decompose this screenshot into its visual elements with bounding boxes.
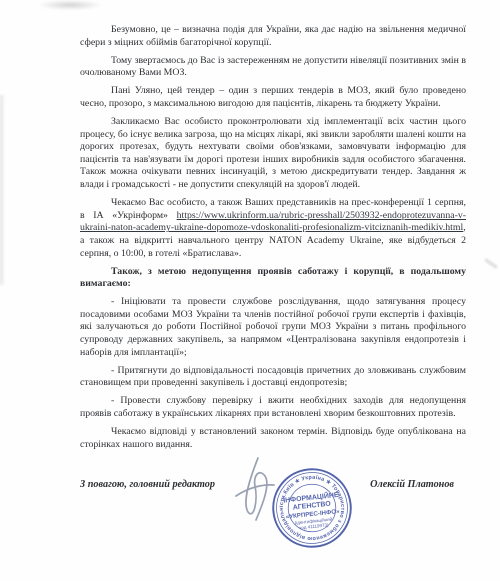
handwritten-signature bbox=[228, 452, 300, 536]
closing-paragraph: Чекаємо відповіді у встановлений законом… bbox=[80, 426, 466, 451]
signatory-name: Олексій Платонов bbox=[370, 479, 454, 492]
letter-body: Безумовно, це – визначна подія для Украї… bbox=[80, 24, 466, 492]
opening-paragraph: Безумовно, це – визначна подія для Украї… bbox=[80, 24, 466, 49]
letter-page: Безумовно, це – визначна подія для Украї… bbox=[0, 0, 500, 581]
warning-paragraph: Тому звертаємось до Вас із застереженням… bbox=[80, 55, 466, 80]
signature-role: З повагою, головний редактор bbox=[80, 479, 215, 492]
tender-paragraph: Пані Уляно, цей тендер – один з перших т… bbox=[80, 85, 466, 110]
scan-artifact-left-edge bbox=[0, 95, 5, 285]
scan-artifact-top bbox=[38, 0, 102, 10]
demand-item-investigation: - Ініціювати та провести службове розслі… bbox=[80, 296, 466, 359]
press-invite-paragraph: Чекаємо Вас особисто, а також Ваших пред… bbox=[80, 197, 466, 260]
demand-item-accountability: - Притягнути до відповідальності посадов… bbox=[80, 365, 466, 390]
appeal-paragraph: Закликаємо Вас особисто проконтролювати … bbox=[80, 116, 466, 192]
demand-item-inspection: - Провести службову перевірку і вжити не… bbox=[80, 395, 466, 420]
demands-heading: Також, з метою недопущення проявів сабот… bbox=[80, 266, 466, 291]
scan-artifact-right bbox=[484, 258, 497, 268]
